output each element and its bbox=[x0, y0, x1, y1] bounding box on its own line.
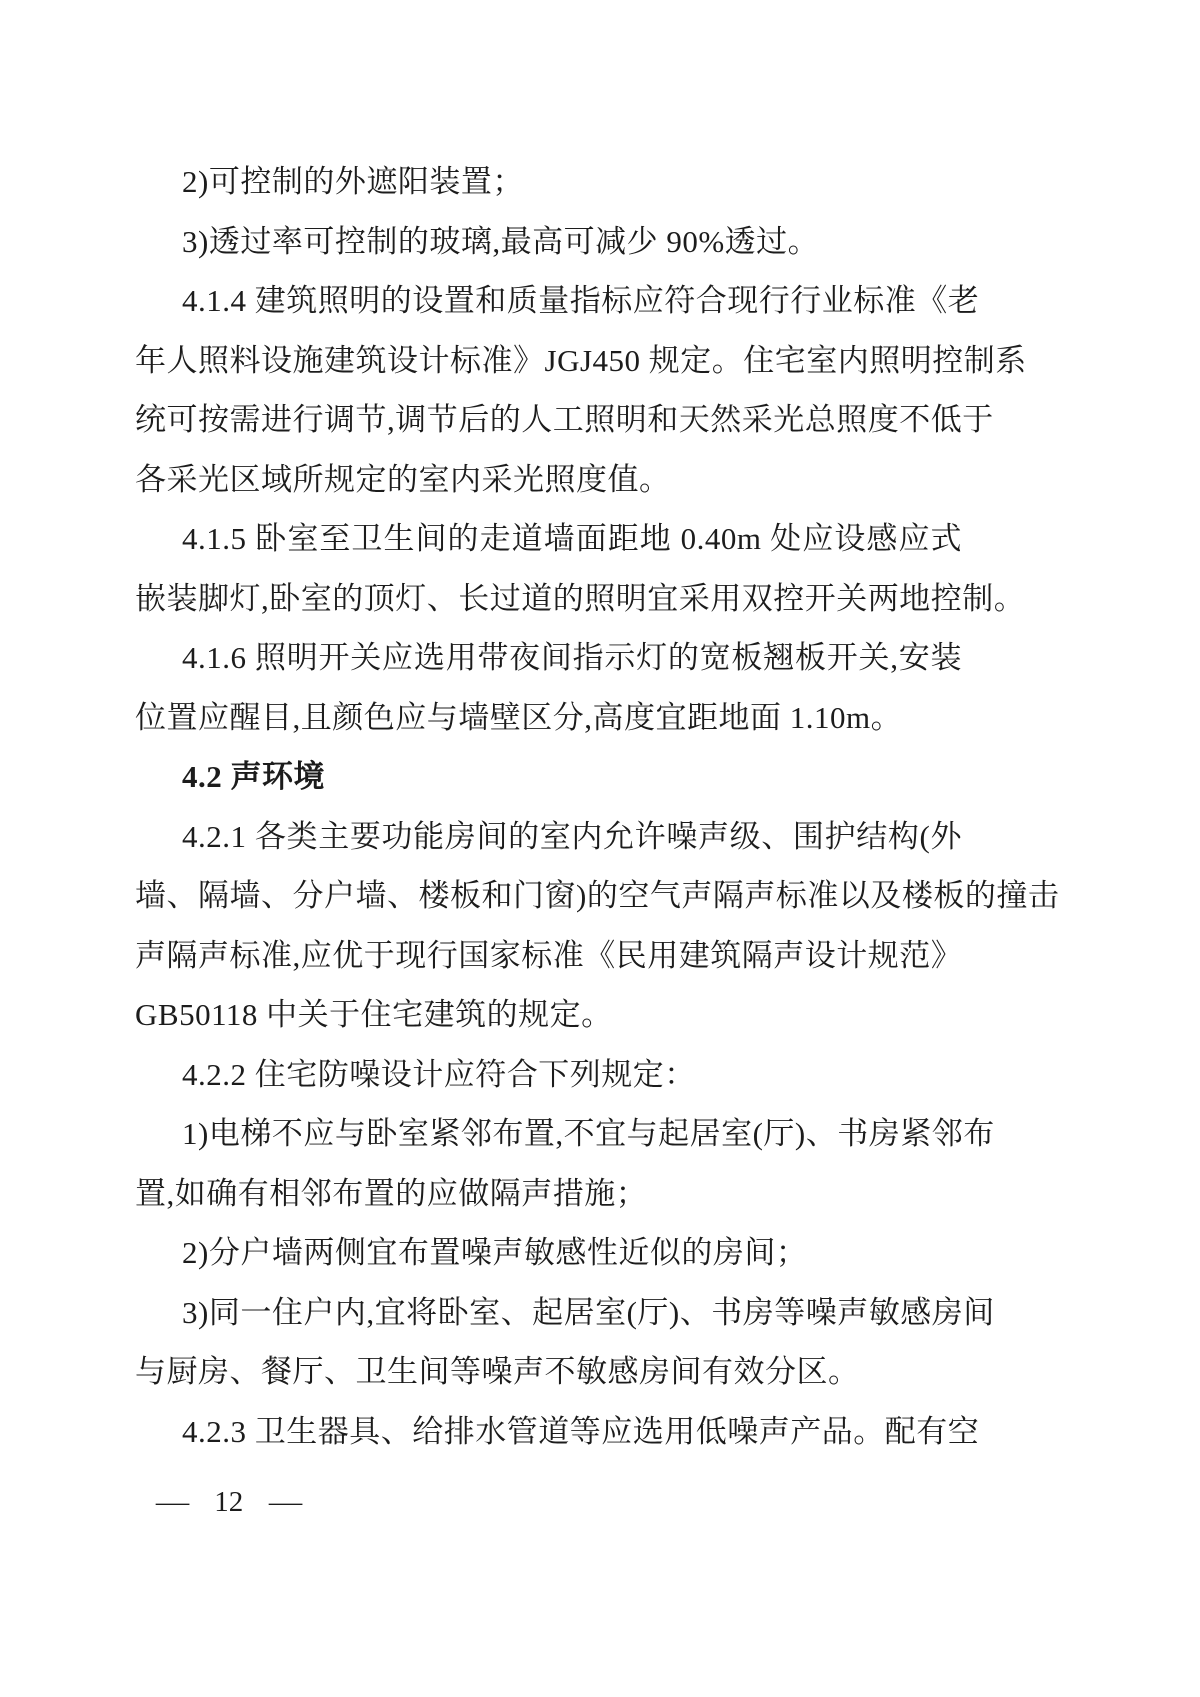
text-line-clause-4-1-5: 4.1.5 卧室至卫生间的走道墙面距地 0.40m 处应设感应式 bbox=[135, 509, 962, 569]
text-line-continuation: 嵌装脚灯,卧室的顶灯、长过道的照明宜采用双控开关两地控制。 bbox=[135, 569, 962, 629]
text-line-continuation: 墙、隔墙、分户墙、楼板和门窗)的空气声隔声标准以及楼板的撞击 bbox=[135, 866, 962, 926]
text-line-clause-4-2-3: 4.2.3 卫生器具、给排水管道等应选用低噪声产品。配有空 bbox=[135, 1402, 962, 1462]
text-line-continuation: GB50118 中关于住宅建筑的规定。 bbox=[135, 985, 962, 1045]
text-line-list-item: 2)可控制的外遮阳装置； bbox=[135, 152, 962, 212]
page-number: 12 bbox=[214, 1482, 243, 1522]
text-line-list-item: 3)透过率可控制的玻璃,最高可减少 90%透过。 bbox=[135, 212, 962, 272]
text-line-list-item: 3)同一住户内,宜将卧室、起居室(厅)、书房等噪声敏感房间 bbox=[135, 1283, 962, 1343]
text-line-clause-4-1-4: 4.1.4 建筑照明的设置和质量指标应符合现行行业标准《老 bbox=[135, 271, 962, 331]
footer-dash-right: — bbox=[268, 1482, 301, 1522]
text-line-clause-4-1-6: 4.1.6 照明开关应选用带夜间指示灯的宽板翘板开关,安装 bbox=[135, 628, 962, 688]
text-line-continuation: 年人照料设施建筑设计标准》JGJ450 规定。住宅室内照明控制系 bbox=[135, 331, 962, 391]
text-line-continuation: 各采光区域所规定的室内采光照度值。 bbox=[135, 450, 962, 510]
text-line-continuation: 声隔声标准,应优于现行国家标准《民用建筑隔声设计规范》 bbox=[135, 926, 962, 986]
text-line-list-item: 2)分户墙两侧宜布置噪声敏感性近似的房间； bbox=[135, 1223, 962, 1283]
footer-dash-left: — bbox=[156, 1482, 189, 1522]
text-line-list-item: 1)电梯不应与卧室紧邻布置,不宜与起居室(厅)、书房紧邻布 bbox=[135, 1104, 962, 1164]
page-footer: — 12 — bbox=[158, 1482, 300, 1522]
text-line-clause-4-2-1: 4.2.1 各类主要功能房间的室内允许噪声级、围护结构(外 bbox=[135, 807, 962, 867]
text-line-continuation: 位置应醒目,且颜色应与墙壁区分,高度宜距地面 1.10m。 bbox=[135, 688, 962, 748]
text-line-continuation: 与厨房、餐厅、卫生间等噪声不敏感房间有效分区。 bbox=[135, 1342, 962, 1402]
text-line-continuation: 置,如确有相邻布置的应做隔声措施； bbox=[135, 1164, 962, 1224]
text-block: 2)可控制的外遮阳装置； 3)透过率可控制的玻璃,最高可减少 90%透过。 4.… bbox=[135, 152, 962, 1461]
text-line-clause-4-2-2: 4.2.2 住宅防噪设计应符合下列规定： bbox=[135, 1045, 962, 1105]
document-page: 2)可控制的外遮阳装置； 3)透过率可控制的玻璃,最高可减少 90%透过。 4.… bbox=[0, 0, 1200, 1697]
text-line-continuation: 统可按需进行调节,调节后的人工照明和天然采光总照度不低于 bbox=[135, 390, 962, 450]
section-heading-4-2: 4.2 声环境 bbox=[135, 747, 962, 807]
